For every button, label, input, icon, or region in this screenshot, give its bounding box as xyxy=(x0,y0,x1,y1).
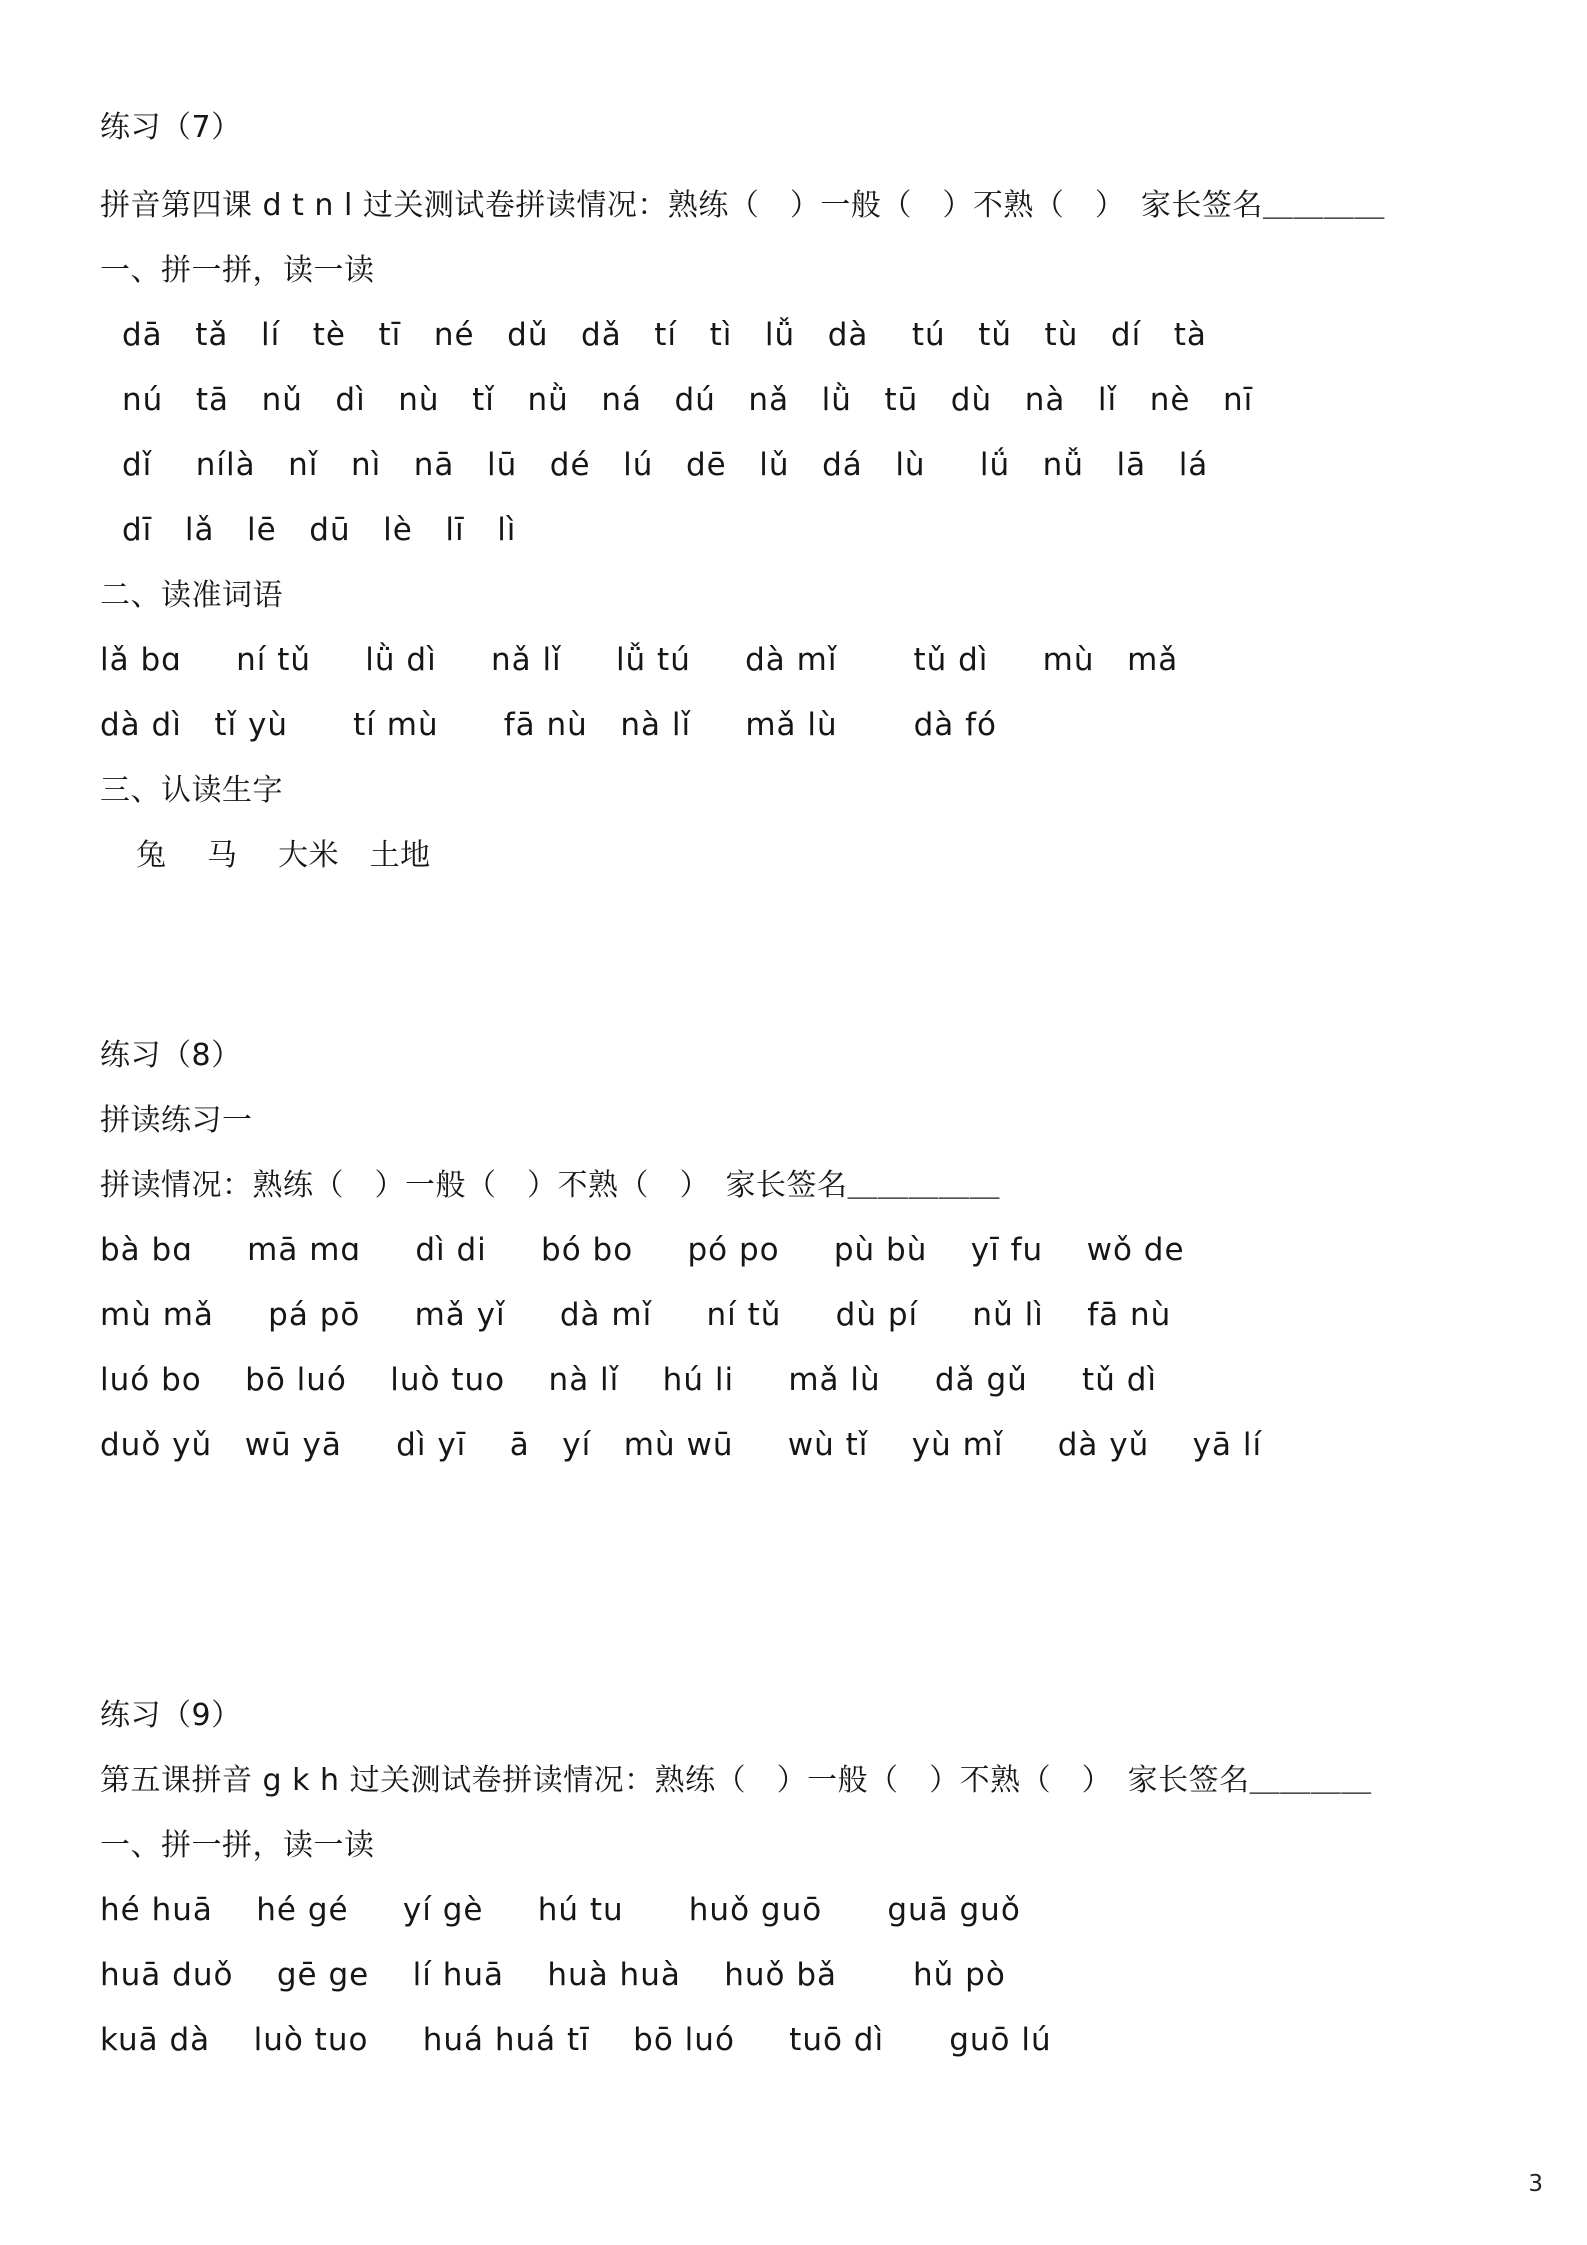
exercise7-title: 练习（7） xyxy=(100,95,1517,160)
exercise7-hanzi-row: 兔 马 大米 土地 xyxy=(100,823,1517,888)
exercise9-pinyin-row-2: huā duǒ gē ge lí huā huà huà huǒ bǎ hǔ p… xyxy=(100,1943,1517,2008)
exercise9-part1-heading: 一、拼一拼，读一读 xyxy=(100,1813,1517,1878)
spacer xyxy=(100,888,1517,1023)
exercise7-part1-heading: 一、拼一拼，读一读 xyxy=(100,238,1517,303)
worksheet-content: 练习（7） 拼音第四课 d t n l 过关测试卷拼读情况：熟练（ ）一般（ ）… xyxy=(0,0,1587,2073)
exercise7-part3-heading: 三、认读生字 xyxy=(100,758,1517,823)
exercise8-pinyin-row-2: mù mǎ pá pō mǎ yǐ dà mǐ ní tǔ dù pí nǔ l… xyxy=(100,1283,1517,1348)
exercise7-pinyin-row-1: dā tǎ lí tè tī né dǔ dǎ tí tì lǚ dà tú t… xyxy=(100,303,1517,368)
exercise7-words-row-1: lǎ bɑ ní tǔ lǜ dì nǎ lǐ lǚ tú dà mǐ tǔ d… xyxy=(100,628,1517,693)
exercise9-pinyin-row-3: kuā dà luò tuo huá huá tī bō luó tuō dì … xyxy=(100,2008,1517,2073)
exercise7-pinyin-row-3: dǐ nílà nǐ nì nā lū dé lú dē lǔ dá lù lǘ… xyxy=(100,433,1517,498)
spacer xyxy=(100,1478,1517,1683)
exercise7-part2-heading: 二、读准词语 xyxy=(100,563,1517,628)
exercise8-subtitle: 拼读练习一 xyxy=(100,1088,1517,1153)
page-number: 3 xyxy=(1528,2171,1543,2197)
exercise8-status-line: 拼读情况：熟练（ ）一般（ ）不熟（ ） 家长签名＿＿＿＿＿ xyxy=(100,1153,1517,1218)
exercise7-header: 拼音第四课 d t n l 过关测试卷拼读情况：熟练（ ）一般（ ）不熟（ ） … xyxy=(100,173,1517,238)
exercise7-pinyin-row-4: dī lǎ lē dū lè lī lì xyxy=(100,498,1517,563)
exercise9-title: 练习（9） xyxy=(100,1683,1517,1748)
spacer xyxy=(100,160,1517,173)
worksheet-page: 练习（7） 拼音第四课 d t n l 过关测试卷拼读情况：熟练（ ）一般（ ）… xyxy=(0,0,1587,2245)
exercise7-words-row-2: dà dì tǐ yù tí mù fā nù nà lǐ mǎ lù dà f… xyxy=(100,693,1517,758)
exercise8-pinyin-row-1: bà bɑ mā mɑ dì di bó bo pó po pù bù yī f… xyxy=(100,1218,1517,1283)
exercise8-pinyin-row-3: luó bo bō luó luò tuo nà lǐ hú li mǎ lù … xyxy=(100,1348,1517,1413)
exercise9-pinyin-row-1: hé huā hé gé yí gè hú tu huǒ guō guā guǒ xyxy=(100,1878,1517,1943)
exercise7-pinyin-row-2: nú tā nǔ dì nù tǐ nǜ ná dú nǎ lǜ tū dù n… xyxy=(100,368,1517,433)
exercise8-pinyin-row-4: duǒ yǔ wū yā dì yī ā yí mù wū wù tǐ yù m… xyxy=(100,1413,1517,1478)
exercise9-header: 第五课拼音 g k h 过关测试卷拼读情况：熟练（ ）一般（ ）不熟（ ） 家长… xyxy=(100,1748,1517,1813)
exercise8-title: 练习（8） xyxy=(100,1023,1517,1088)
